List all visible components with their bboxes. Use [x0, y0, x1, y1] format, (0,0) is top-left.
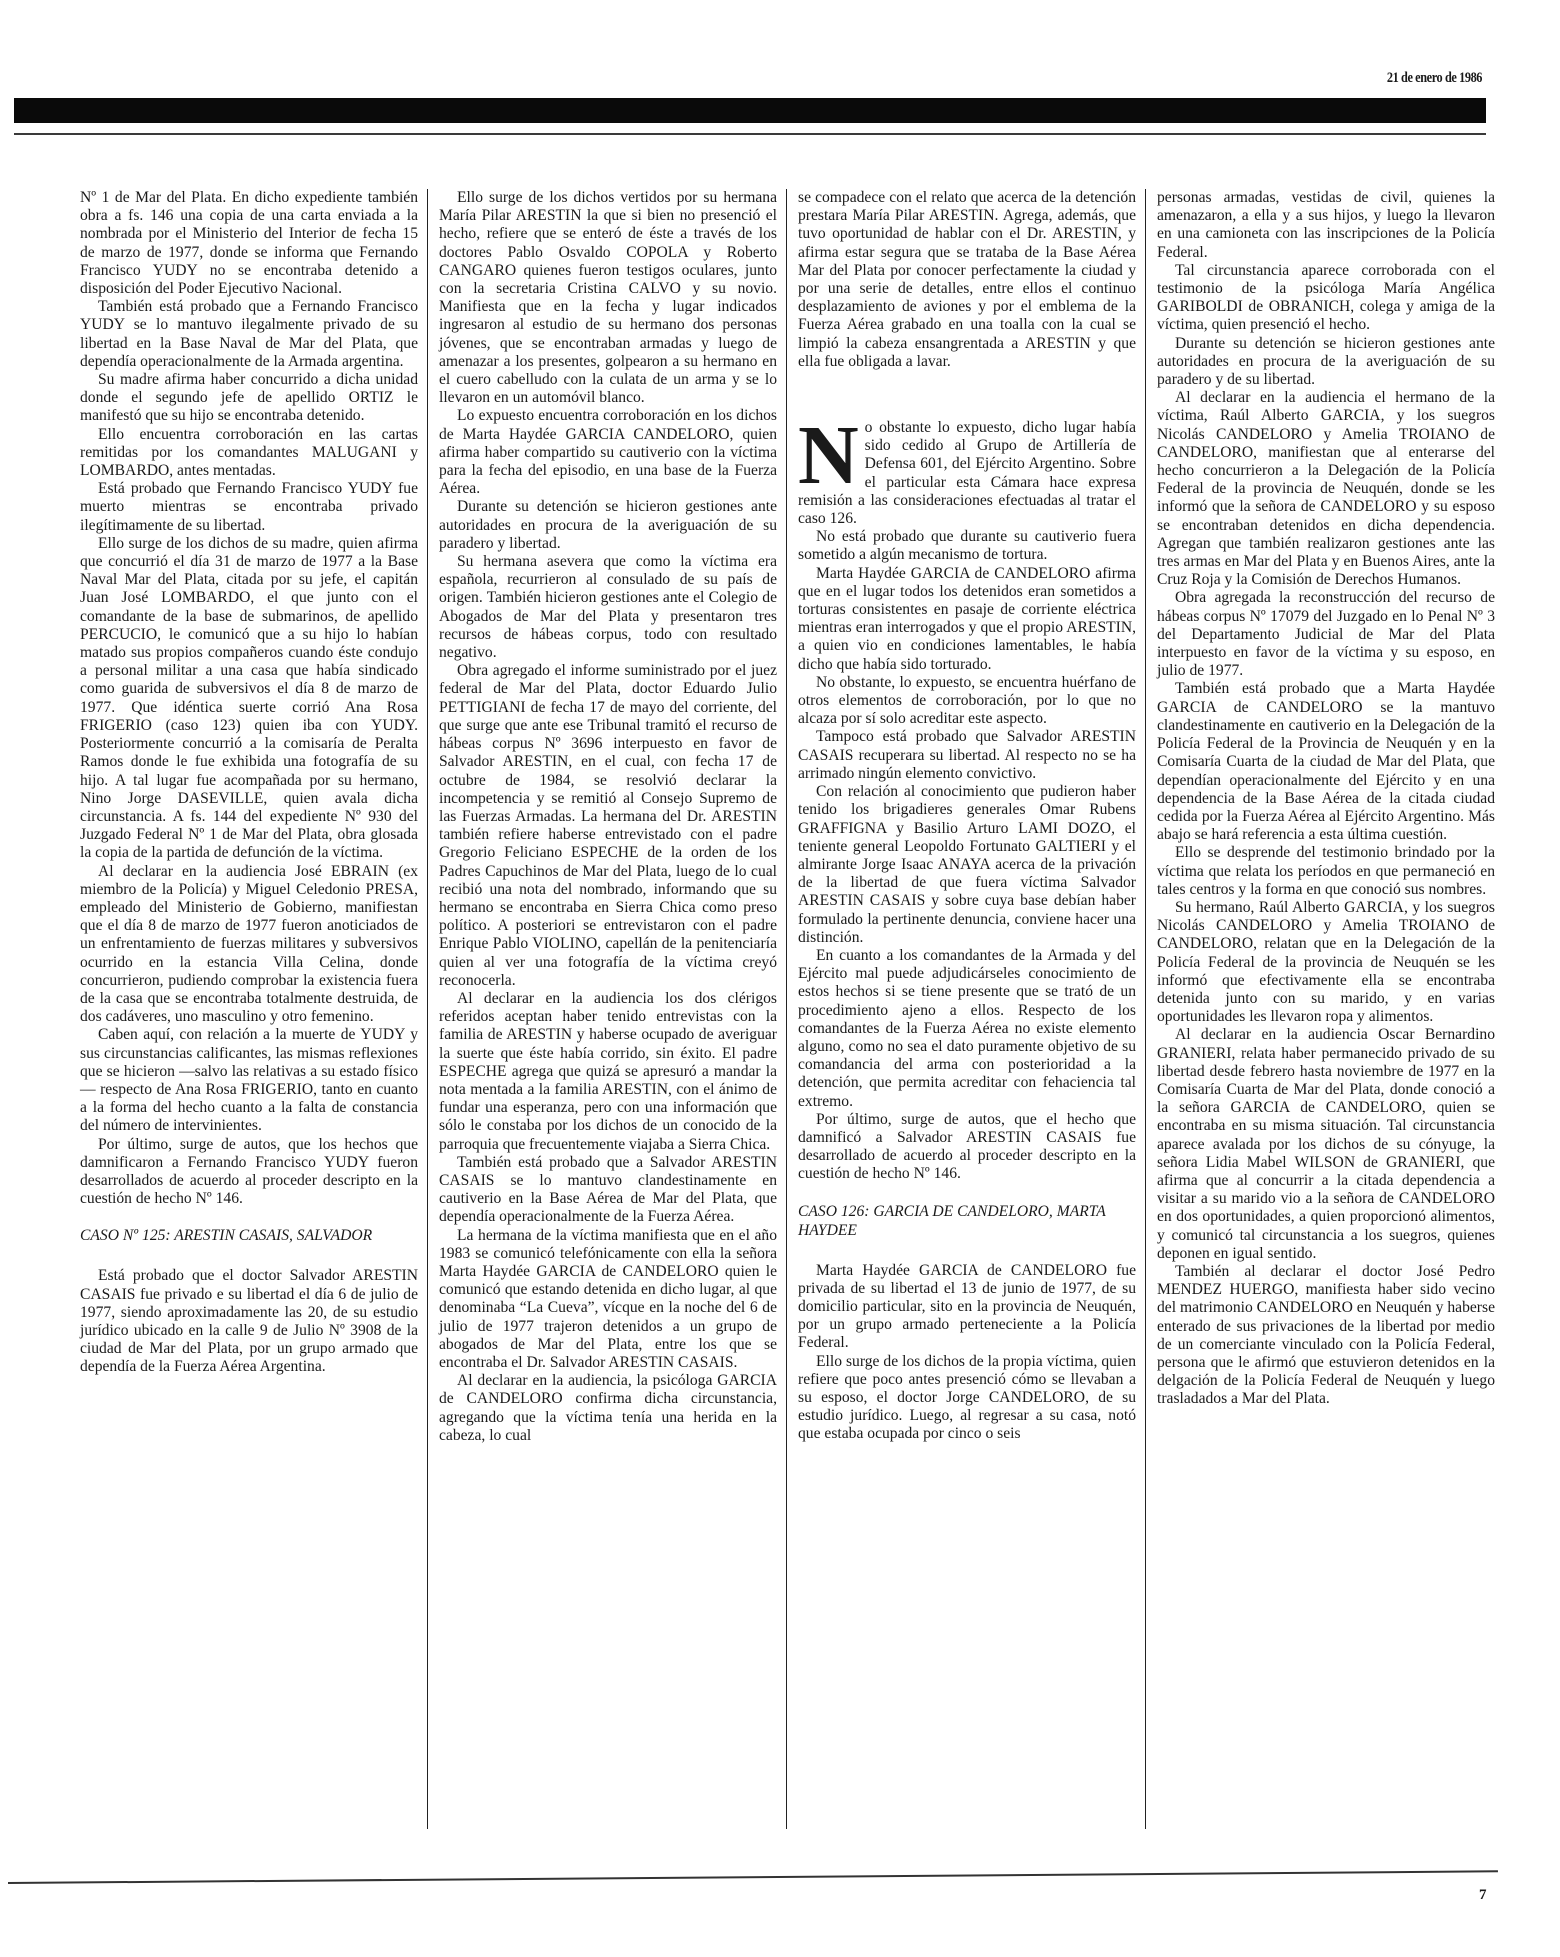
paragraph: Ello surge de los dichos vertidos por su… — [439, 189, 777, 407]
paragraph: Tampoco está probado que Salvador ARESTI… — [798, 728, 1136, 783]
page-date: 21 de enero de 1986 — [1387, 70, 1482, 87]
paragraph: se compadece con el relato que acerca de… — [798, 189, 1136, 371]
case-heading-125: CASO Nº 125: ARESTIN CASAIS, SALVADOR — [80, 1226, 418, 1245]
paragraph: Ello encuentra corroboración en las cart… — [80, 426, 418, 481]
paragraph: Ello surge de los dichos de la propia ví… — [798, 1353, 1136, 1444]
paragraph: También al declarar el doctor José Pedro… — [1157, 1263, 1495, 1409]
paragraph: Su hermano, Raúl Alberto GARCIA, y los s… — [1157, 899, 1495, 1026]
paragraph: Tal circunstancia aparece corroborada co… — [1157, 262, 1495, 335]
column-4: personas armadas, vestidas de civil, qui… — [1157, 189, 1495, 1829]
paragraph: También está probado que a Fernando Fran… — [80, 298, 418, 371]
paragraph: Durante su detención se hicieron gestion… — [1157, 335, 1495, 390]
paragraph: Al declarar en la audiencia el hermano d… — [1157, 389, 1495, 589]
paragraph: Está probado que el doctor Salvador ARES… — [80, 1267, 418, 1376]
paragraph: Al declarar en la audiencia, la psicólog… — [439, 1372, 777, 1445]
paragraph: Ello se desprende del testimonio brindad… — [1157, 844, 1495, 899]
paragraph: Por último, surge de autos, que los hech… — [80, 1136, 418, 1209]
paragraph: Ello surge de los dichos de su madre, qu… — [80, 535, 418, 863]
footer-rule — [8, 1870, 1498, 1884]
paragraph-with-dropcap: No obstante lo expuesto, dicho lugar hab… — [798, 419, 1136, 528]
column-1: Nº 1 de Mar del Plata. En dicho expedien… — [80, 189, 418, 1829]
paragraph: Su hermana asevera que como la víctima e… — [439, 553, 777, 662]
paragraph: Al declarar en la audiencia José EBRAIN … — [80, 863, 418, 1027]
dropcap-letter: N — [798, 423, 859, 489]
paragraph: Marta Haydée GARCIA de CANDELORO afirma … — [798, 565, 1136, 674]
paragraph: Con relación al conocimiento que pudiero… — [798, 783, 1136, 947]
paragraph: No está probado que durante su cautiveri… — [798, 528, 1136, 564]
paragraph: Marta Haydée GARCIA de CANDELORO fue pri… — [798, 1262, 1136, 1353]
case-heading-126: CASO 126: GARCIA DE CANDELORO, MARTA HAY… — [798, 1202, 1136, 1240]
paragraph: La hermana de la víctima manifiesta que … — [439, 1227, 777, 1373]
paragraph: En cuanto a los comandantes de la Armada… — [798, 947, 1136, 1111]
dropcap-section: No obstante lo expuesto, dicho lugar hab… — [798, 419, 1136, 528]
paragraph: Por último, surge de autos, que el hecho… — [798, 1111, 1136, 1184]
paragraph: Al declarar en la audiencia Oscar Bernar… — [1157, 1026, 1495, 1263]
paragraph: personas armadas, vestidas de civil, qui… — [1157, 189, 1495, 262]
article-columns: Nº 1 de Mar del Plata. En dicho expedien… — [80, 189, 1490, 1829]
paragraph: Caben aquí, con relación a la muerte de … — [80, 1026, 418, 1135]
header-black-bar — [14, 98, 1486, 123]
paragraph: Obra agregado el informe suministrado po… — [439, 662, 777, 990]
column-2: Ello surge de los dichos vertidos por su… — [439, 189, 777, 1829]
paragraph: Lo expuesto encuentra corroboración en l… — [439, 407, 777, 498]
paragraph: No obstante, lo expuesto, se encuentra h… — [798, 674, 1136, 729]
paragraph: Obra agregada la reconstrucción del recu… — [1157, 589, 1495, 680]
paragraph: También está probado que a Marta Haydée … — [1157, 680, 1495, 844]
paragraph: Al declarar en la audiencia los dos clér… — [439, 990, 777, 1154]
paragraph: Nº 1 de Mar del Plata. En dicho expedien… — [80, 189, 418, 298]
header-rule — [14, 133, 1486, 135]
paragraph: También está probado que a Salvador ARES… — [439, 1154, 777, 1227]
paragraph: Su madre afirma haber concurrido a dicha… — [80, 371, 418, 426]
column-3: se compadece con el relato que acerca de… — [798, 189, 1136, 1829]
paragraph: Durante su detención se hicieron gestion… — [439, 498, 777, 553]
page-number: 7 — [1479, 1887, 1487, 1904]
paragraph: Está probado que Fernando Francisco YUDY… — [80, 480, 418, 535]
